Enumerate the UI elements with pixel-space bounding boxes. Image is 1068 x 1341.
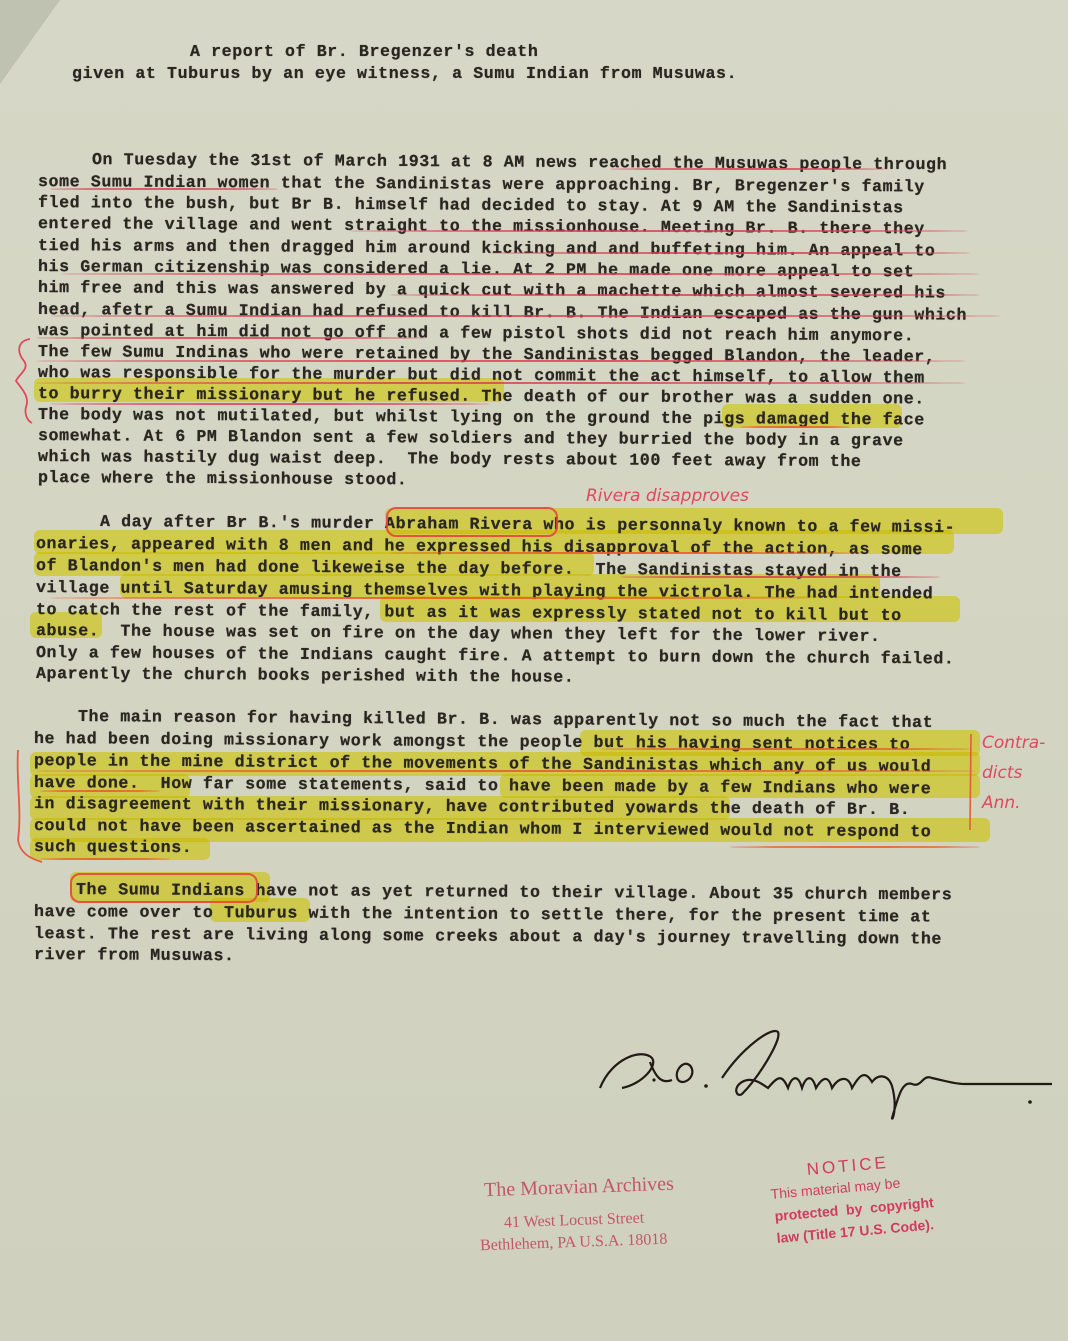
archive-name: The Moravian Archives bbox=[484, 1173, 675, 1203]
annotation-box-sumu-indians bbox=[70, 873, 258, 903]
signature: R.O. Danneberger bbox=[592, 1018, 1062, 1128]
document-page: A report of Br. Bregenzer's death given … bbox=[0, 0, 1068, 1341]
margin-note-contradicts: Contra- dicts Ann. bbox=[982, 728, 1045, 818]
right-margin-line-icon bbox=[965, 730, 977, 840]
annotation-box-abraham-rivera bbox=[386, 507, 558, 537]
archive-street: 41 West Locust Street bbox=[504, 1210, 645, 1233]
folded-corner bbox=[0, 0, 60, 84]
document-title-line-1: A report of Br. Bregenzer's death bbox=[190, 42, 538, 61]
left-margin-line-icon bbox=[8, 740, 48, 870]
archive-city: Bethlehem, PA U.S.A. 18018 bbox=[480, 1231, 668, 1256]
margin-note-rivera: Rivera disapproves bbox=[586, 486, 749, 506]
left-margin-bracket-icon bbox=[8, 335, 38, 425]
document-title-line-2: given at Tuburus by an eye witness, a Su… bbox=[72, 64, 737, 83]
